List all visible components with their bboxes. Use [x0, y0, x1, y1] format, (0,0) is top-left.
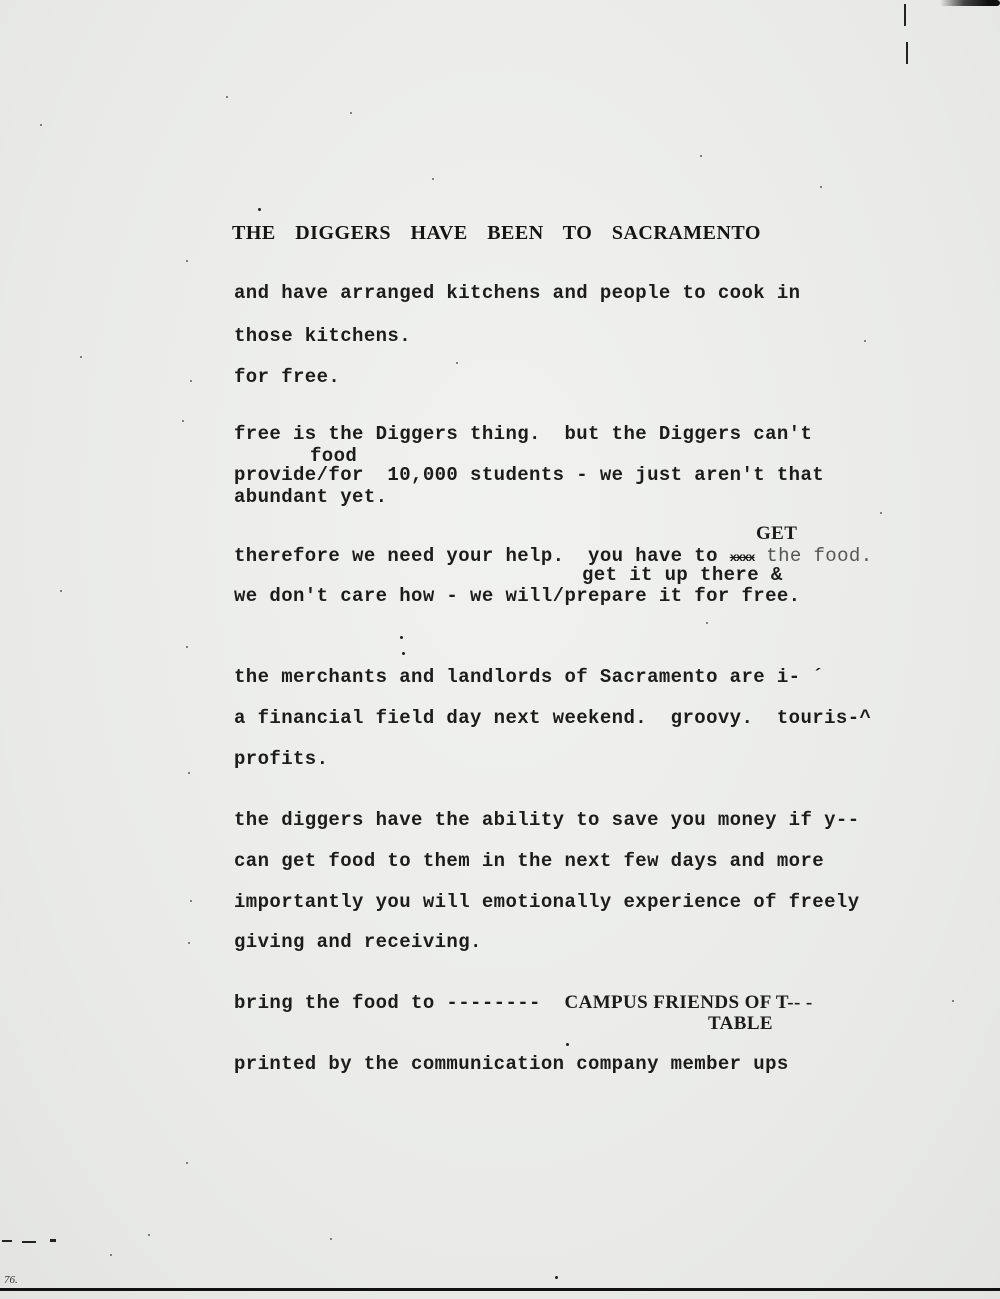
scan-mark [22, 1241, 36, 1243]
speck [350, 112, 352, 114]
body-line: those kitchens. [234, 325, 411, 347]
speck [258, 208, 261, 211]
typed-insert: get it up there & [582, 564, 783, 586]
speck [400, 636, 403, 639]
speck [60, 590, 62, 592]
speck [820, 186, 822, 188]
body-line: the diggers have the ability to save you… [234, 809, 860, 831]
speck [182, 420, 184, 422]
body-line: and have arranged kitchens and people to… [234, 282, 801, 304]
body-line: importantly you will emotionally experie… [234, 891, 860, 913]
speck [952, 1000, 954, 1002]
document-title: THE DIGGERS HAVE BEEN TO SACRAMENTO [232, 222, 761, 245]
body-line: we don't care how - we will/prepare it f… [234, 585, 801, 607]
speck [190, 900, 192, 902]
speck [80, 356, 82, 358]
body-line: profits. [234, 748, 328, 770]
body-line: a financial field day next weekend. groo… [234, 707, 871, 729]
body-line: free is the Diggers thing. but the Digge… [234, 423, 812, 445]
speck [186, 260, 188, 262]
speck [880, 512, 882, 514]
scan-edge-mark [940, 0, 1000, 6]
scan-mark [50, 1239, 56, 1242]
speck [148, 1234, 150, 1236]
speck [226, 96, 228, 98]
margin-mark [906, 42, 908, 64]
speck [188, 942, 190, 944]
body-line: the merchants and landlords of Sacrament… [234, 666, 824, 688]
speck [706, 622, 708, 624]
speck [566, 1043, 569, 1046]
struck-text: xxxx [730, 551, 755, 565]
scan-mark [2, 1240, 12, 1242]
body-line: bring the food to -------- CAMPUS FRIEND… [234, 992, 813, 1014]
speck [186, 646, 188, 648]
page-number: 76. [4, 1274, 18, 1286]
body-line: can get food to them in the next few day… [234, 850, 824, 872]
typed-insert: GET [756, 523, 797, 545]
speck [330, 1238, 332, 1240]
speck [700, 155, 702, 157]
speck [186, 1162, 188, 1164]
location-text: TABLE [708, 1013, 773, 1035]
page-bottom-edge [0, 1288, 1000, 1291]
body-line: giving and receiving. [234, 931, 482, 953]
body-line: abundant yet. [234, 486, 387, 508]
scanned-page: THE DIGGERS HAVE BEEN TO SACRAMENTO and … [0, 0, 1000, 1299]
speck [456, 362, 458, 364]
footer-line: printed by the communication company mem… [234, 1053, 789, 1075]
body-line: for free. [234, 366, 340, 388]
location-text: CAMPUS FRIENDS OF T-- - [564, 992, 812, 1013]
speck [555, 1276, 558, 1279]
speck [864, 340, 866, 342]
line-text: bring the food to -------- [234, 992, 564, 1014]
speck [188, 772, 190, 774]
speck [190, 380, 192, 382]
body-line: provide/for 10,000 students - we just ar… [234, 464, 824, 486]
speck [432, 178, 434, 180]
speck [402, 652, 405, 655]
margin-mark [904, 4, 906, 26]
speck [40, 124, 42, 126]
speck [110, 1254, 112, 1256]
